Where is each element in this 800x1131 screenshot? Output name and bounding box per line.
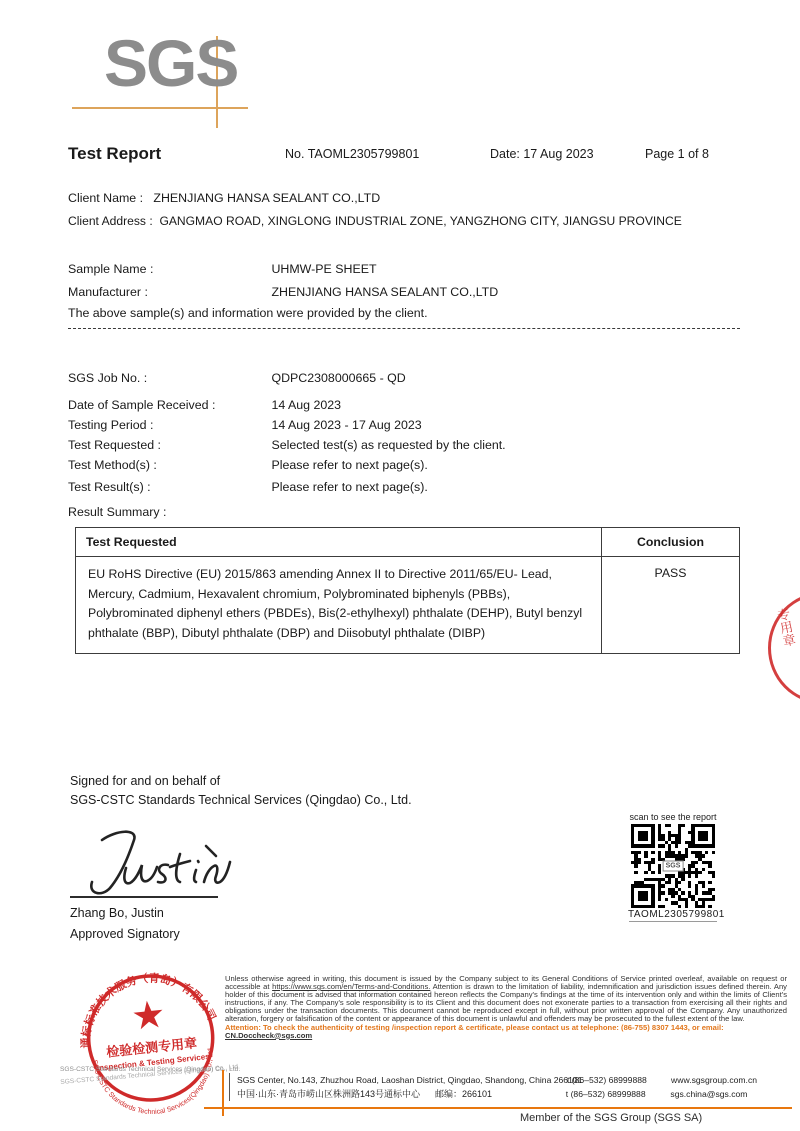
address-row-chinese: 中国·山东·青岛市崂山区株洲路143号通标中心 邮编：266101 t (86–… xyxy=(237,1087,785,1101)
page-title: Test Report xyxy=(68,144,161,164)
signed-on-behalf-block: Signed for and on behalf of SGS-CSTC Sta… xyxy=(70,772,412,810)
client-name-value: ZHENJIANG HANSA SEALANT CO.,LTD xyxy=(153,191,380,205)
handwritten-signature xyxy=(80,818,240,898)
sgs-logo-text: SGS xyxy=(104,30,237,96)
conclusion-cell: PASS xyxy=(602,557,740,654)
signature-underline xyxy=(70,896,218,898)
signed-line2: SGS-CSTC Standards Technical Services (Q… xyxy=(70,791,412,810)
qr-caption: scan to see the report xyxy=(628,812,718,822)
test-requested-label: Test Requested : xyxy=(68,439,268,451)
table-row: EU RoHS Directive (EU) 2015/863 amending… xyxy=(76,557,740,654)
manufacturer-value: ZHENJIANG HANSA SEALANT CO.,LTD xyxy=(271,285,498,299)
test-result-label: Test Result(s) : xyxy=(68,481,268,493)
client-address-label: Client Address : xyxy=(68,214,153,228)
footer-orange-horizontal-line xyxy=(204,1107,792,1109)
legal-text-block: Unless otherwise agreed in writing, this… xyxy=(225,975,787,1040)
qr-code-block: scan to see the report SGS TAOML23057998… xyxy=(628,812,718,922)
qr-code: SGS xyxy=(631,824,715,908)
sample-name-label: Sample Name : xyxy=(68,263,268,275)
qr-underline xyxy=(629,921,717,922)
website[interactable]: www.sgsgroup.com.cn xyxy=(671,1073,785,1087)
phone-2: t (86–532) 68999888 xyxy=(566,1087,671,1101)
footer-address-block: SGS Center, No.143, Zhuzhou Road, Laosha… xyxy=(229,1073,785,1101)
page-indicator: Page 1 of 8 xyxy=(645,147,709,161)
col-conclusion: Conclusion xyxy=(602,528,740,557)
signed-line1: Signed for and on behalf of xyxy=(70,772,412,791)
logo-horizontal-line xyxy=(72,107,248,109)
legal-paragraph: Unless otherwise agreed in writing, this… xyxy=(225,975,787,1023)
sample-note: The above sample(s) and information were… xyxy=(68,307,428,319)
test-result-row: Test Result(s) : Please refer to next pa… xyxy=(68,481,428,493)
date-received-value: 14 Aug 2023 xyxy=(271,398,341,412)
address-chinese-wrap: 中国·山东·青岛市崂山区株洲路143号通标中心 邮编：266101 xyxy=(237,1087,566,1101)
test-report-page: SGS Test Report No. TAOML2305799801 Date… xyxy=(0,0,800,1131)
test-method-label: Test Method(s) : xyxy=(68,459,268,471)
test-description-cell: EU RoHS Directive (EU) 2015/863 amending… xyxy=(76,557,602,654)
sgs-logo: SGS xyxy=(68,28,268,128)
client-name-row: Client Name : ZHENJIANG HANSA SEALANT CO… xyxy=(68,192,380,204)
job-no-value: QDPC2308000665 - QD xyxy=(271,371,405,385)
testing-period-row: Testing Period : 14 Aug 2023 - 17 Aug 20… xyxy=(68,419,422,431)
client-address-value: GANGMAO ROAD, XINGLONG INDUSTRIAL ZONE, … xyxy=(159,214,681,228)
job-no-label: SGS Job No. : xyxy=(68,372,268,384)
inspection-stamp: 通标标准技术服务（青岛）有限公司 SGS-CSTC Standards Tech… xyxy=(59,958,244,1125)
address-row-english: SGS Center, No.143, Zhuzhou Road, Laosha… xyxy=(237,1073,785,1087)
client-address-row: Client Address : GANGMAO ROAD, XINGLONG … xyxy=(68,215,682,227)
manufacturer-label: Manufacturer : xyxy=(68,286,268,298)
report-date: Date: 17 Aug 2023 xyxy=(490,147,594,161)
table-header-row: Test Requested Conclusion xyxy=(76,528,740,557)
testing-period-label: Testing Period : xyxy=(68,419,268,431)
client-name-label: Client Name : xyxy=(68,191,143,205)
test-requested-value: Selected test(s) as requested by the cli… xyxy=(271,438,505,452)
date-received-label: Date of Sample Received : xyxy=(68,399,268,411)
attention-line: Attention: To check the authenticity of … xyxy=(225,1024,787,1040)
signatory-name: Zhang Bo, Justin xyxy=(70,906,164,920)
sample-name-value: UHMW-PE SHEET xyxy=(271,262,376,276)
postcode: 邮编：266101 xyxy=(435,1089,492,1099)
member-of-sgs-group: Member of the SGS Group (SGS SA) xyxy=(520,1112,702,1124)
stamp-star: ★ xyxy=(129,993,167,1038)
test-requested-row: Test Requested : Selected test(s) as req… xyxy=(68,439,506,451)
sgs-email[interactable]: sgs.china@sgs.com xyxy=(670,1087,785,1101)
footer-orange-vertical-line xyxy=(222,1070,224,1116)
sample-name-row: Sample Name : UHMW-PE SHEET xyxy=(68,263,377,275)
qr-center-logo: SGS xyxy=(663,861,684,872)
phone-1: t (86–532) 68999888 xyxy=(567,1073,671,1087)
dashed-divider xyxy=(68,328,740,329)
testing-period-value: 14 Aug 2023 - 17 Aug 2023 xyxy=(271,418,421,432)
col-test-requested: Test Requested xyxy=(76,528,602,557)
result-summary-table: Test Requested Conclusion EU RoHS Direct… xyxy=(75,527,740,654)
test-method-row: Test Method(s) : Please refer to next pa… xyxy=(68,459,428,471)
address-english: SGS Center, No.143, Zhuzhou Road, Laosha… xyxy=(237,1073,567,1087)
job-no-row: SGS Job No. : QDPC2308000665 - QD xyxy=(68,372,406,384)
test-result-value: Please refer to next page(s). xyxy=(271,480,427,494)
report-number: No. TAOML2305799801 xyxy=(285,147,419,161)
date-received-row: Date of Sample Received : 14 Aug 2023 xyxy=(68,399,341,411)
signatory-role: Approved Signatory xyxy=(70,927,180,941)
qr-report-number: TAOML2305799801 xyxy=(628,909,718,920)
manufacturer-row: Manufacturer : ZHENJIANG HANSA SEALANT C… xyxy=(68,286,498,298)
result-summary-label: Result Summary : xyxy=(68,506,166,518)
test-method-value: Please refer to next page(s). xyxy=(271,458,427,472)
doccheck-email-link[interactable]: CN.Doccheck@sgs.com xyxy=(225,1031,312,1040)
address-chinese: 中国·山东·青岛市崂山区株洲路143号通标中心 xyxy=(237,1089,420,1099)
